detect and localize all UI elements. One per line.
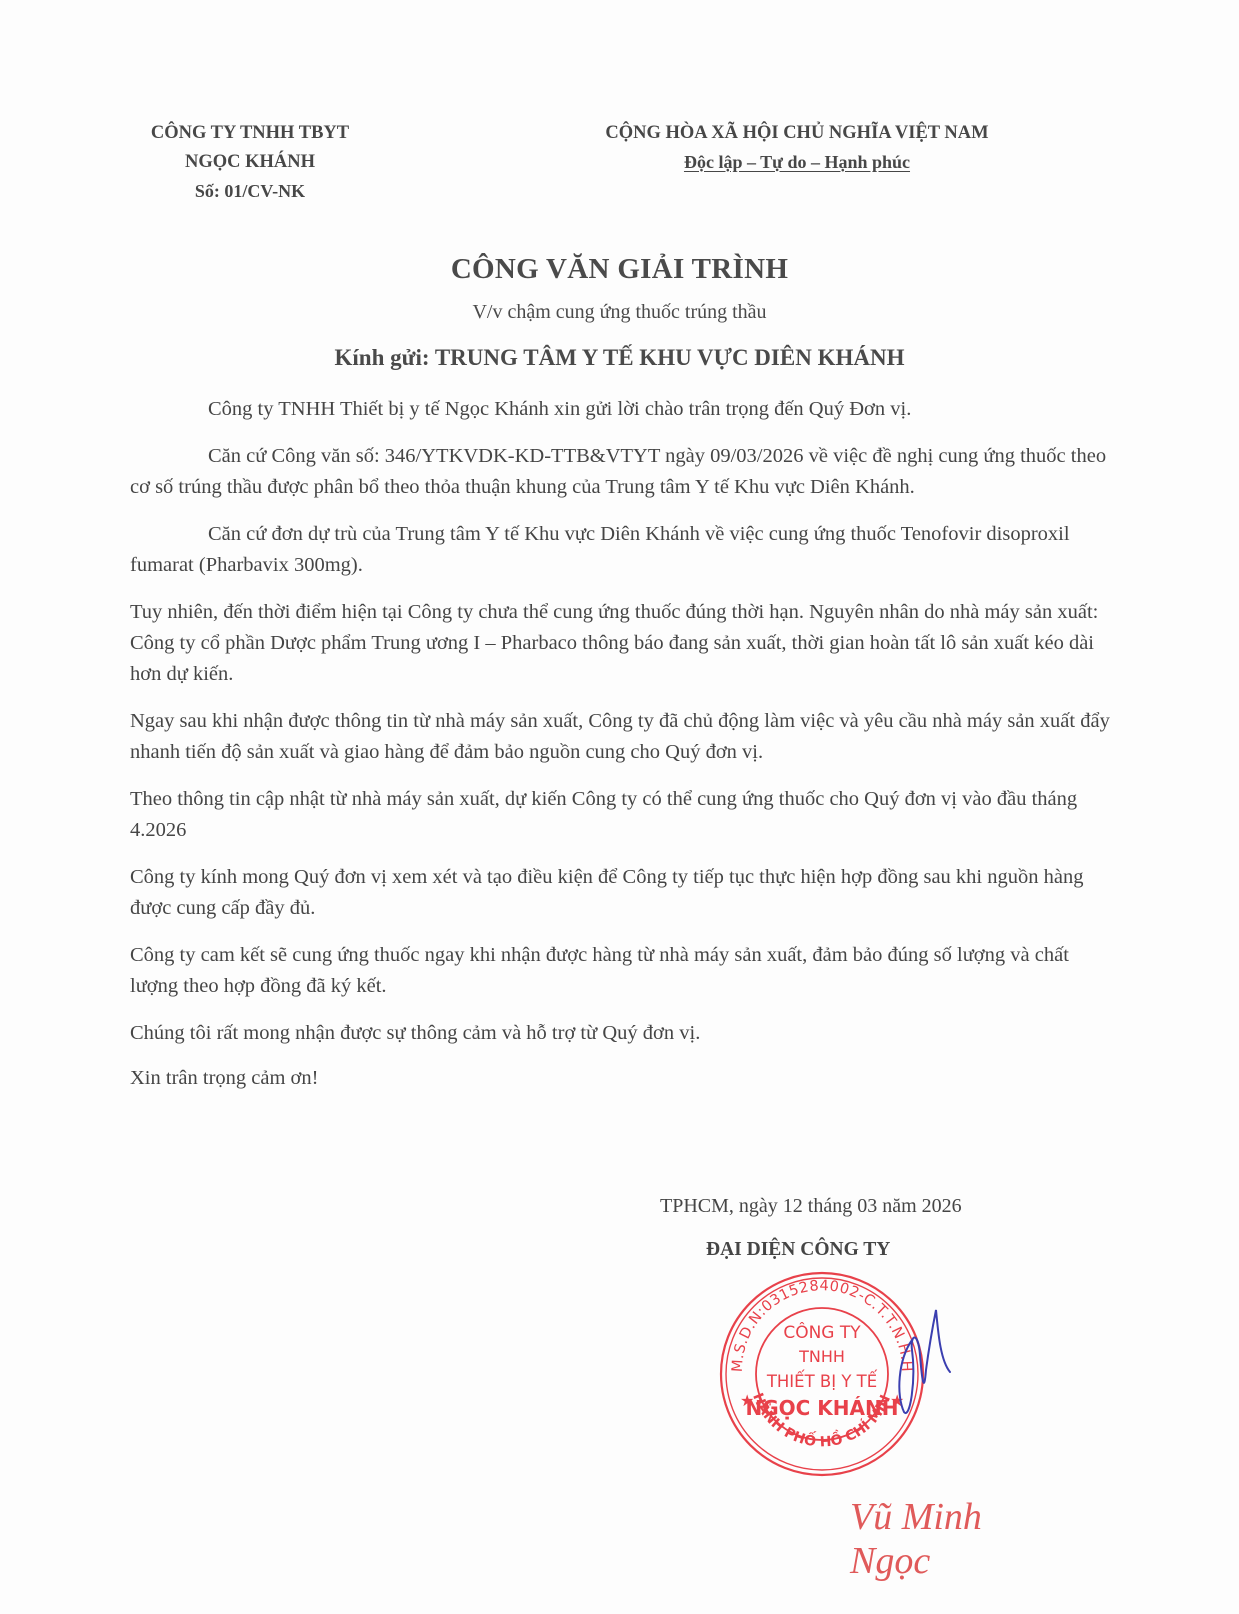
paragraph-greeting: Công ty TNHH Thiết bị y tế Ngọc Khánh xi… <box>130 394 1110 425</box>
company-header: CÔNG TY TNHH TBYT NGỌC KHÁNH Số: 01/CV-N… <box>100 119 400 206</box>
paragraph-closing: Xin trân trọng cảm ơn! <box>130 1063 1110 1094</box>
paragraph-reference-letter: Căn cứ Công văn số: 346/YTKVDK-KD-TTB&VT… <box>130 441 1110 503</box>
paragraph-expected-date: Theo thông tin cập nhật từ nhà máy sản x… <box>130 784 1110 846</box>
svg-text:THIẾT BỊ Y TẾ: THIẾT BỊ Y TẾ <box>766 1370 878 1391</box>
national-header: CỘNG HÒA XÃ HỘI CHỦ NGHĨA VIỆT NAM Độc l… <box>552 119 1042 177</box>
nation-title: CỘNG HÒA XÃ HỘI CHỦ NGHĨA VIỆT NAM <box>552 119 1042 148</box>
svg-text:NGỌC KHÁNH: NGỌC KHÁNH <box>746 1396 899 1420</box>
paragraph-reason: Tuy nhiên, đến thời điểm hiện tại Công t… <box>130 597 1110 690</box>
paragraph-reference-request: Căn cứ đơn dự trù của Trung tâm Y tế Khu… <box>130 519 1110 581</box>
handwritten-signature <box>890 1300 970 1430</box>
company-name-line1: CÔNG TY TNHH TBYT <box>100 119 400 148</box>
document-title: CÔNG VĂN GIẢI TRÌNH <box>0 253 1239 286</box>
national-motto: Độc lập – Tự do – Hạnh phúc <box>552 148 1042 177</box>
recipient-line: Kính gửi: TRUNG TÂM Y TẾ KHU VỰC DIÊN KH… <box>0 345 1239 371</box>
document-number: Số: 01/CV-NK <box>100 177 400 206</box>
company-name-line2: NGỌC KHÁNH <box>100 148 400 177</box>
letter-body: Công ty TNHH Thiết bị y tế Ngọc Khánh xi… <box>130 394 1110 1110</box>
document-subject: V/v chậm cung ứng thuốc trúng thầu <box>0 301 1239 324</box>
paragraph-commitment: Công ty cam kết sẽ cung ứng thuốc ngay k… <box>130 940 1110 1002</box>
paragraph-actions: Ngay sau khi nhận được thông tin từ nhà … <box>130 706 1110 768</box>
representative-title: ĐẠI DIỆN CÔNG TY <box>706 1239 1026 1261</box>
paragraph-thanks-support: Chúng tôi rất mong nhận được sự thông cả… <box>130 1018 1110 1049</box>
svg-text:CÔNG TY: CÔNG TY <box>783 1321 861 1343</box>
svg-text:TNHH: TNHH <box>798 1347 845 1366</box>
signer-name: Vũ Minh Ngọc <box>850 1495 1070 1583</box>
place-date: TPHCM, ngày 12 tháng 03 năm 2026 <box>660 1195 1040 1218</box>
paragraph-request: Công ty kính mong Quý đơn vị xem xét và … <box>130 862 1110 924</box>
